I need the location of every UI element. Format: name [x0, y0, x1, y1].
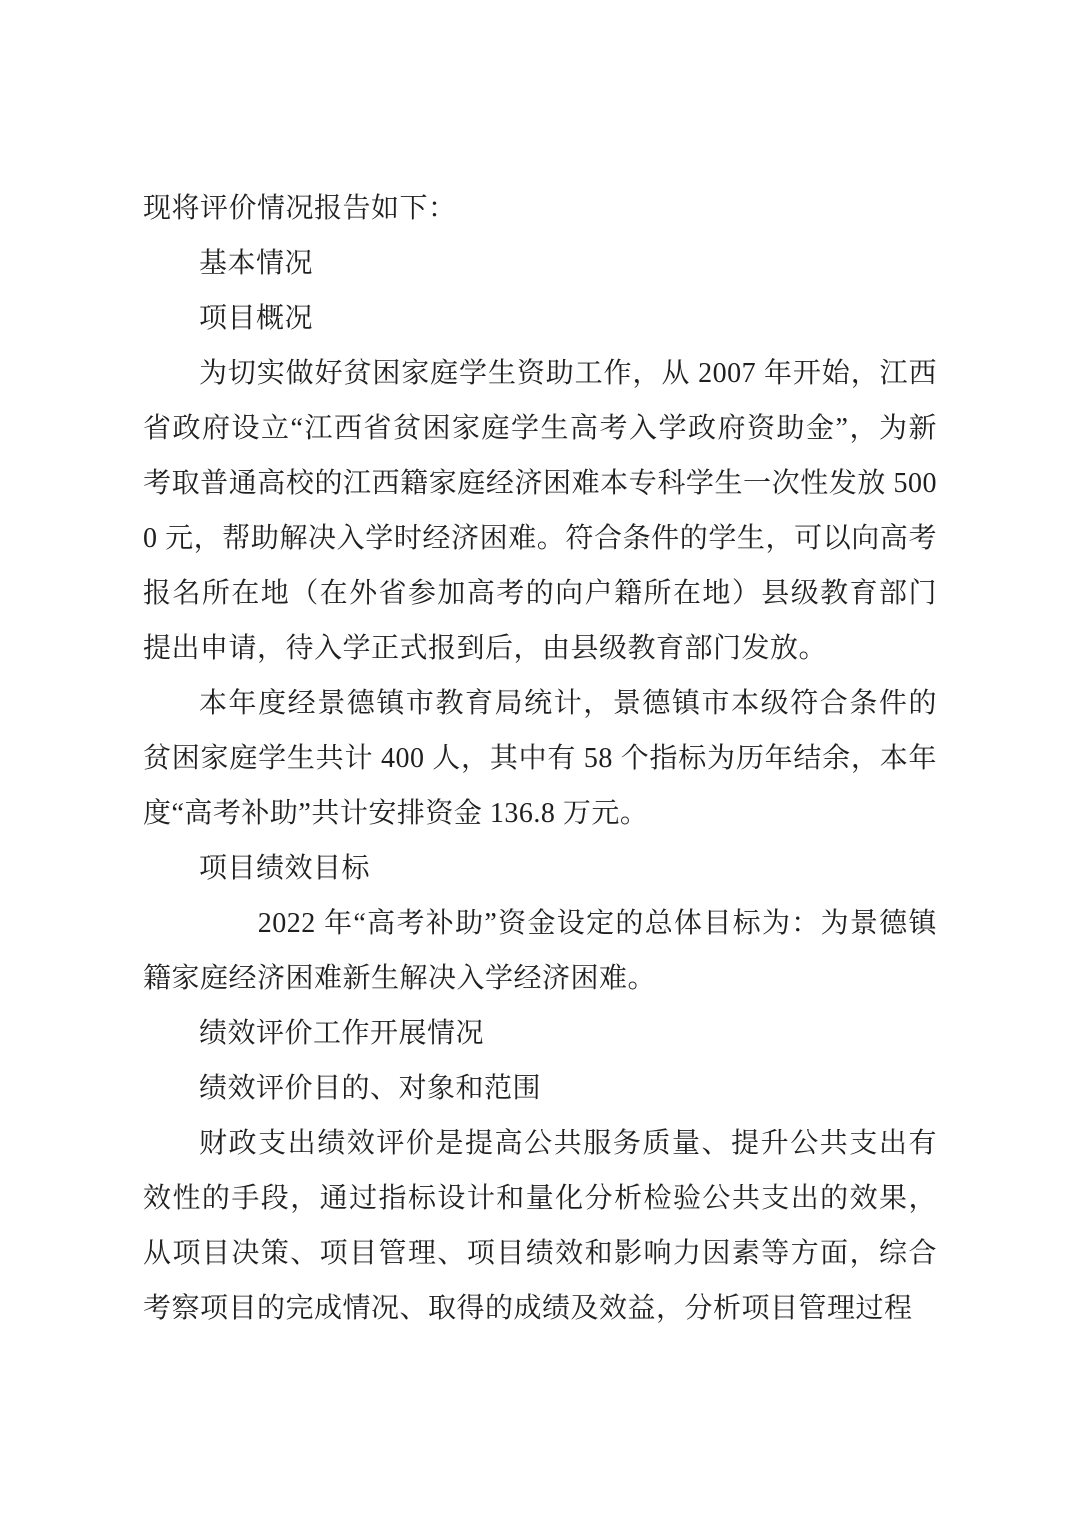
paragraph-evaluation-method: 财政支出绩效评价是提高公共服务质量、提升公共支出有效性的手段，通过指标设计和量化…	[143, 1116, 937, 1336]
heading-project-overview: 项目概况	[143, 291, 937, 346]
paragraph-2022-goal: 2022 年“高考补助”资金设定的总体目标为：为景德镇籍家庭经济困难新生解决入学…	[143, 896, 937, 1006]
paragraph-annual-statistics: 本年度经景德镇市教育局统计，景德镇市本级符合条件的贫困家庭学生共计 400 人，…	[143, 676, 937, 841]
heading-performance-goal: 项目绩效目标	[143, 841, 937, 896]
heading-evaluation-purpose-scope: 绩效评价目的、对象和范围	[143, 1061, 937, 1116]
document-page: 现将评价情况报告如下： 基本情况 项目概况 为切实做好贫困家庭学生资助工作，从 …	[0, 0, 1074, 1520]
paragraph-project-background: 为切实做好贫困家庭学生资助工作，从 2007 年开始，江西省政府设立“江西省贫困…	[143, 346, 937, 676]
intro-line: 现将评价情况报告如下：	[143, 181, 937, 236]
document-body: 现将评价情况报告如下： 基本情况 项目概况 为切实做好贫困家庭学生资助工作，从 …	[143, 181, 937, 1336]
heading-evaluation-work: 绩效评价工作开展情况	[143, 1006, 937, 1061]
heading-basic-situation: 基本情况	[143, 236, 937, 291]
